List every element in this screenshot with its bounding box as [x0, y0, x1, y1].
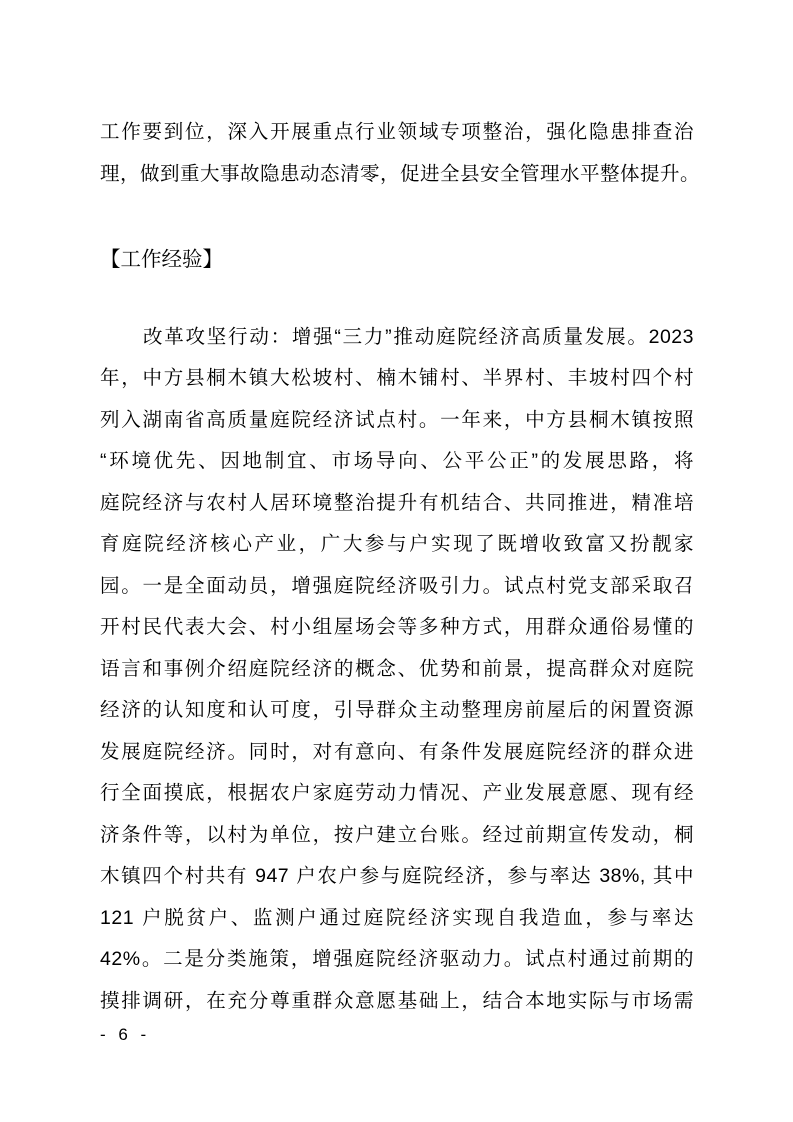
text-line: 42%。二是分类施策，增强庭院经济驱动力。试点村通过前期的 [100, 939, 694, 981]
section-heading-work-experience: 【工作经验】 [100, 239, 694, 281]
text-line: 工作要到位，深入开展重点行业领域专项整治，强化隐患排查治 [100, 112, 694, 154]
text-line: 经济的认知度和认可度，引导群众主动整理房前屋后的闲置资源 [100, 690, 694, 732]
text-line: 园。一是全面动员，增强庭院经济吸引力。试点村党支部采取召 [100, 566, 694, 608]
text-line: 121 户脱贫户、监测户通过庭院经济实现自我造血，参与率达 [100, 898, 694, 940]
text-line: 庭院经济与农村人居环境整治提升有机结合、共同推进，精准培 [100, 483, 694, 525]
text-line: 发展庭院经济。同时，对有意向、有条件发展庭院经济的群众进 [100, 732, 694, 774]
document-page: 工作要到位，深入开展重点行业领域专项整治，强化隐患排查治理，做到重大事故隐患动态… [0, 0, 793, 1122]
text-line: “环境优先、因地制宜、市场导向、公平公正”的发展思路，将 [100, 441, 694, 483]
text-line: 列入湖南省高质量庭院经济试点村。一年来，中方县桐木镇按照 [100, 400, 694, 442]
paragraph-courtyard-economy: 改革攻坚行动：增强“三力”推动庭院经济高质量发展。2023年，中方县桐木镇大松坡… [100, 317, 694, 1023]
text-line: 理，做到重大事故隐患动态清零，促进全县安全管理水平整体提升。 [100, 154, 694, 196]
text-line: 济条件等，以村为单位，按户建立台账。经过前期宣传发动，桐 [100, 815, 694, 857]
paragraph-safety-work-continuation: 工作要到位，深入开展重点行业领域专项整治，强化隐患排查治理，做到重大事故隐患动态… [100, 112, 694, 195]
page-body: 工作要到位，深入开展重点行业领域专项整治，强化隐患排查治理，做到重大事故隐患动态… [100, 112, 694, 1022]
text-line: 木镇四个村共有 947 户农户参与庭院经济，参与率达 38%, 其中 [100, 856, 694, 898]
text-line: 行全面摸底，根据农户家庭劳动力情况、产业发展意愿、现有经 [100, 773, 694, 815]
text-line: 语言和事例介绍庭院经济的概念、优势和前景，提高群众对庭院 [100, 649, 694, 691]
text-line: 开村民代表大会、村小组屋场会等多种方式，用群众通俗易懂的 [100, 607, 694, 649]
text-line: 育庭院经济核心产业，广大参与户实现了既增收致富又扮靓家 [100, 524, 694, 566]
text-line: 年，中方县桐木镇大松坡村、楠木铺村、半界村、丰坡村四个村 [100, 358, 694, 400]
text-line: 摸排调研，在充分尊重群众意愿基础上，结合本地实际与市场需 [100, 981, 694, 1023]
page-number: - 6 - [100, 1023, 150, 1047]
text-line: 改革攻坚行动：增强“三力”推动庭院经济高质量发展。2023 [100, 317, 694, 359]
